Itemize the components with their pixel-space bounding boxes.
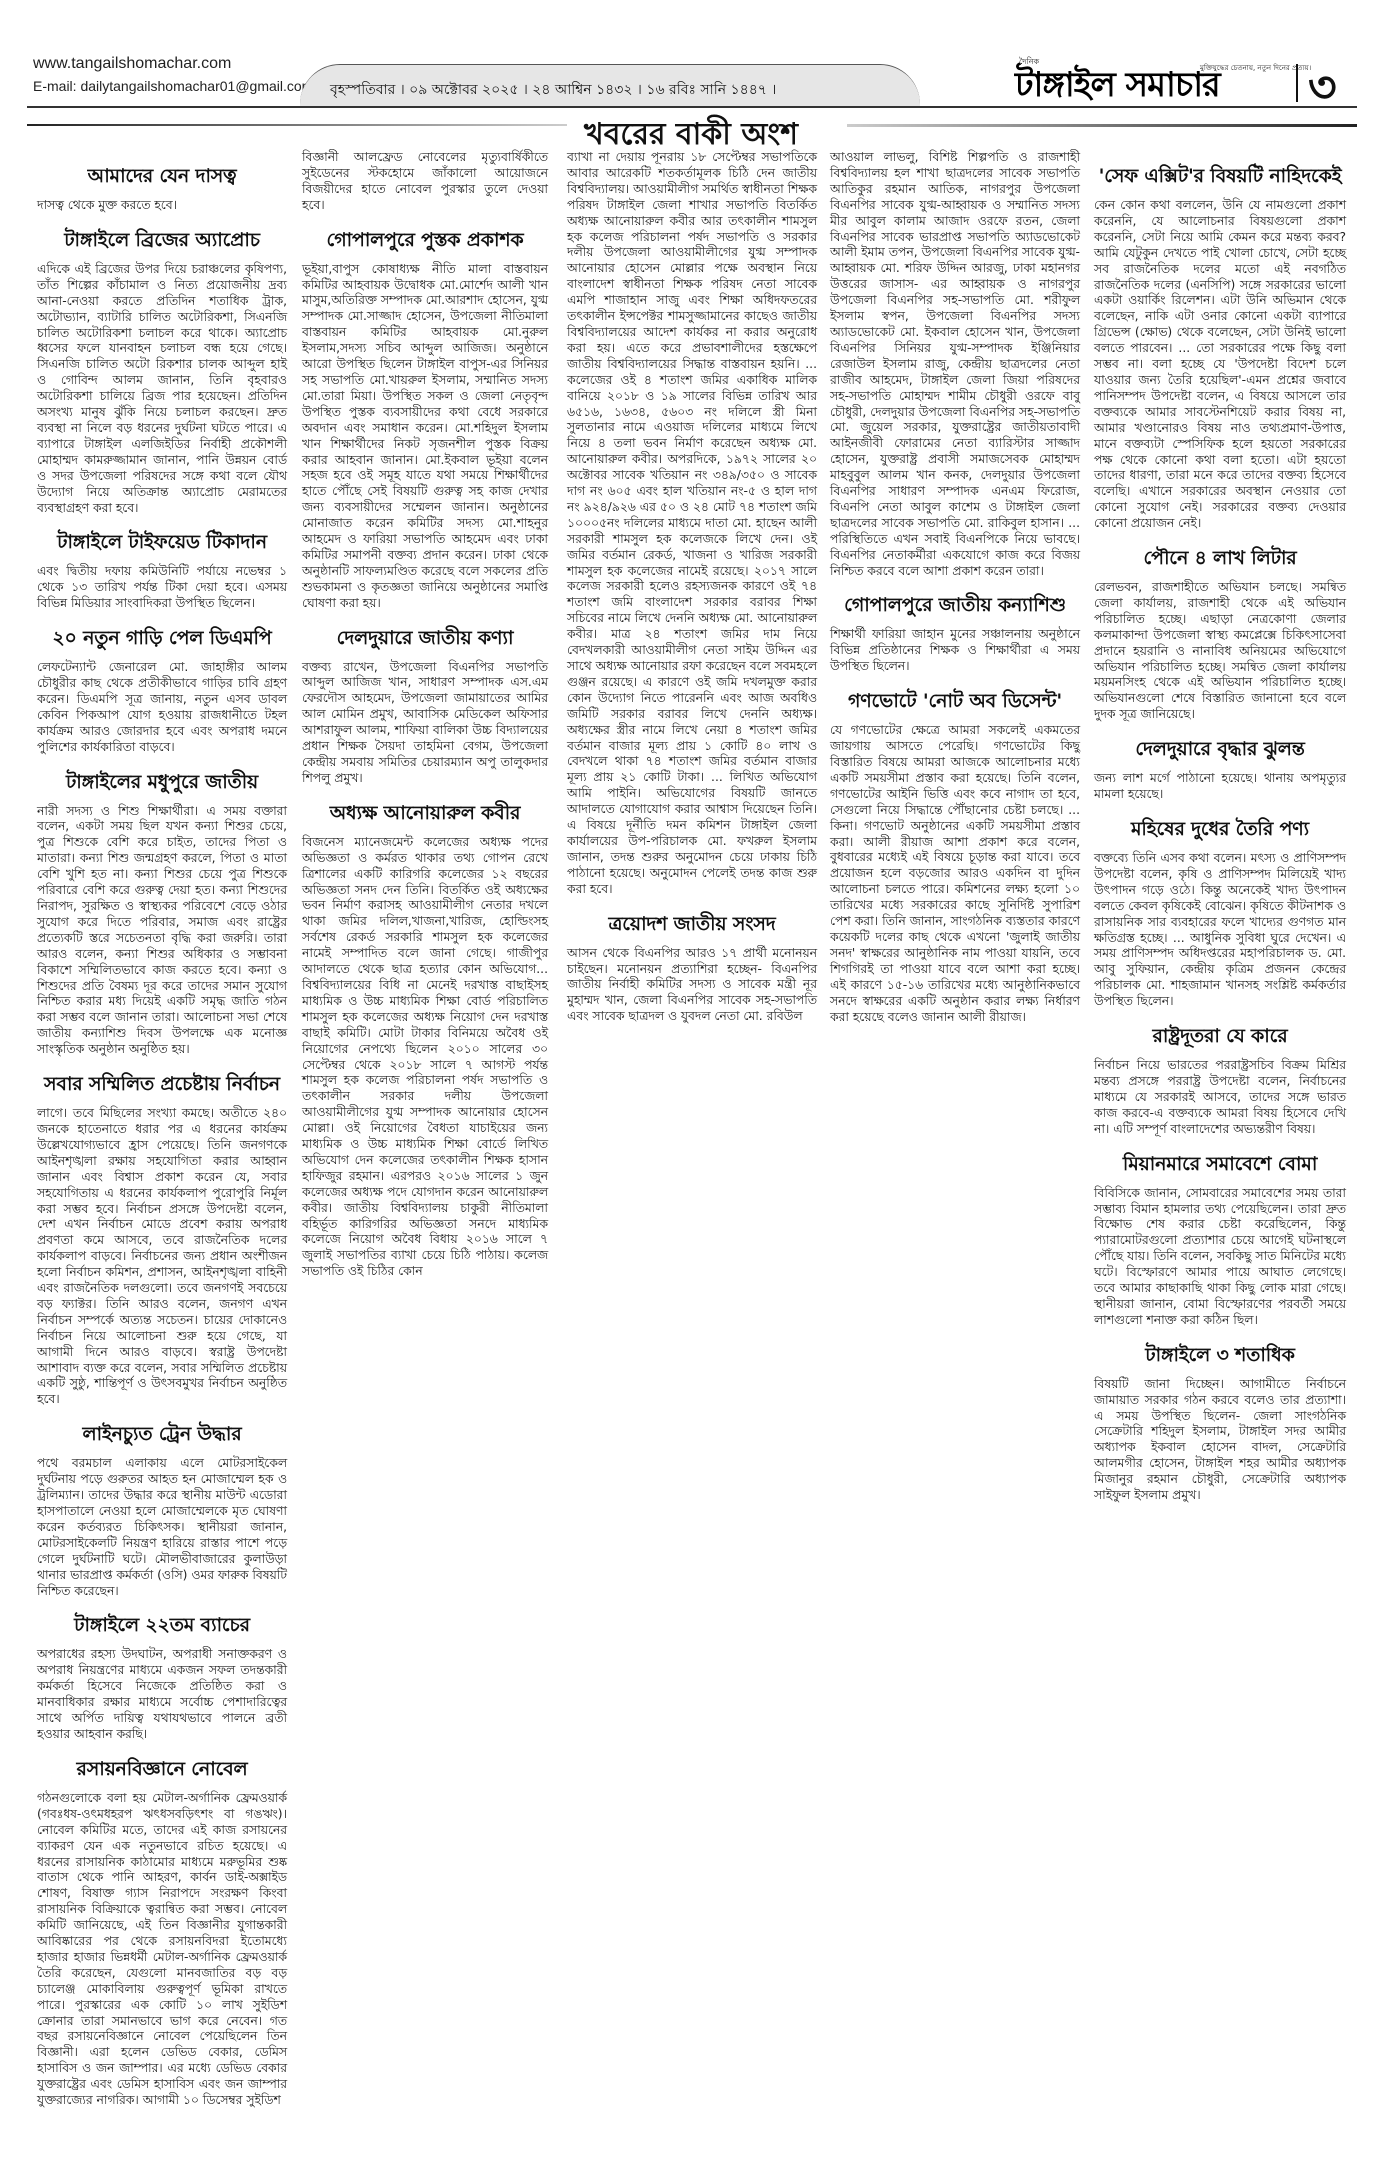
- article-body: এদিকে এই ব্রিজের উপর দিয়ে চরাঞ্চলের কৃষ…: [37, 262, 287, 517]
- article-headline[interactable]: গণভোটে 'নোট অব ডিসেন্ট': [830, 689, 1080, 713]
- news-article: 'সেফ এক্সিট'র বিষয়টি নাহিদকেইকেন কোন কথ…: [1094, 164, 1346, 532]
- news-article: গোপালপুরে পুস্তক প্রকাশকভূইয়া,বাপুস কোষ…: [302, 228, 548, 612]
- article-body: বিবিসিকে জানান, সোমবারের সমাবেশের সময় ত…: [1094, 1186, 1346, 1329]
- news-article: ২০ নতুন গাড়ি পেল ডিএমপিলেফটেন্যান্ট জেন…: [37, 626, 287, 755]
- article-body: বিজনেস ম্যানেজমেন্ট কলেজের অধ্যক্ষ পদের …: [302, 835, 548, 1280]
- page-number-divider: [1296, 64, 1298, 102]
- article-headline[interactable]: অধ্যক্ষ আনোয়ারুল কবীর: [302, 801, 548, 825]
- article-body: ব্যাখা না দেয়ায় পূনরায় ১৮ সেপ্টেম্বর …: [567, 150, 817, 898]
- news-article: রাষ্ট্রদূতরা যে কারেনির্বাচন নিয়ে ভারতে…: [1094, 1024, 1346, 1138]
- article-body: দাসত্ব থেকে মুক্ত করতে হবে।: [37, 198, 287, 214]
- news-article: টাঙ্গাইলে ৩ শতাধিকবিষয়টি জানা দিচ্ছেন। …: [1094, 1343, 1346, 1504]
- news-article: আওয়াল লাভলু, বিশিষ্ট শিল্পপতি ও রাজশাহী…: [830, 150, 1080, 579]
- column-5: 'সেফ এক্সিট'র বিষয়টি নাহিদকেইকেন কোন কথ…: [1094, 150, 1346, 1510]
- email-address[interactable]: E-mail: dailytangailshomachar01@gmail.co…: [33, 78, 313, 94]
- news-article: বিজ্ঞানী আলফ্রেড নোবেলের মৃত্যুবার্ষিকীত…: [302, 150, 548, 214]
- article-headline[interactable]: রসায়নবিজ্ঞানে নোবেল: [37, 1757, 287, 1781]
- news-article: লাইনচ্যুত ট্রেন উদ্ধারপথে বরমচাল এলাকায়…: [37, 1422, 287, 1599]
- article-body: লাগে। তবে মিছিলের সংখ্যা কমছে। অতীতে ২৪০…: [37, 1106, 287, 1408]
- news-article: অধ্যক্ষ আনোয়ারুল কবীরবিজনেস ম্যানেজমেন্…: [302, 801, 548, 1280]
- article-headline[interactable]: 'সেফ এক্সিট'র বিষয়টি নাহিদকেই: [1094, 164, 1346, 188]
- article-body: বক্তব্যে তিনি এসব কথা বলেন। মৎস্য ও প্রা…: [1094, 851, 1346, 1010]
- article-headline[interactable]: মহিষের দুধের তৈরি পণ্য: [1094, 817, 1346, 841]
- column-3: ব্যাখা না দেয়ায় পূনরায় ১৮ সেপ্টেম্বর …: [567, 150, 817, 1031]
- article-body: যে গণভোটের ক্ষেত্রে আমরা সকলেই একমতের জা…: [830, 723, 1080, 1025]
- article-headline[interactable]: রাষ্ট্রদূতরা যে কারে: [1094, 1024, 1346, 1048]
- logo-tagline: মুক্তিযুদ্ধের চেতনায়, নতুন দিনের প্রত্য…: [1200, 62, 1311, 74]
- article-body: বক্তব্য রাখেন, উপজেলা বিএনপির সভাপতি আব্…: [302, 660, 548, 787]
- article-body: রেলভবন, রাজশাহীতে অভিযান চলছে। সমন্বিত জ…: [1094, 580, 1346, 723]
- article-body: জন্য লাশ মর্গে পাঠানো হয়েছে। থানায় অপম…: [1094, 771, 1346, 803]
- article-headline[interactable]: ২০ নতুন গাড়ি পেল ডিএমপি: [37, 626, 287, 650]
- article-body: নির্বাচন নিয়ে ভারতের পররাষ্ট্রসচিব বিক্…: [1094, 1058, 1346, 1138]
- article-headline[interactable]: মিয়ানমারে সমাবেশে বোমা: [1094, 1152, 1346, 1176]
- newspaper-logo: টাঙ্গাইল সমাচার: [1015, 60, 1220, 102]
- news-article: পৌনে ৪ লাখ লিটাররেলভবন, রাজশাহীতে অভিযান…: [1094, 546, 1346, 723]
- news-article: দেলদুয়ারে বৃদ্ধার ঝুলন্তজন্য লাশ মর্গে …: [1094, 737, 1346, 803]
- masthead: www.tangailshomachar.com E-mail: dailyta…: [0, 0, 1384, 108]
- article-body: আওয়াল লাভলু, বিশিষ্ট শিল্পপতি ও রাজশাহী…: [830, 150, 1080, 579]
- article-headline[interactable]: ত্রয়োদশ জাতীয় সংসদ: [567, 912, 817, 936]
- section-header: খবরের বাকী অংশ: [27, 114, 1357, 148]
- article-body: শিক্ষার্থী ফারিয়া জাহান মুনের সঞ্চালনায…: [830, 627, 1080, 675]
- article-body: অপরাধের রহস্য উদঘাটন, অপরাধী সনাক্তকরণ ও…: [37, 1647, 287, 1742]
- article-headline[interactable]: পৌনে ৪ লাখ লিটার: [1094, 546, 1346, 570]
- article-headline[interactable]: টাঙ্গাইলের মধুপুরে জাতীয়: [37, 770, 287, 794]
- article-body: বিষয়টি জানা দিচ্ছেন। আগামীতে নির্বাচনে …: [1094, 1377, 1346, 1504]
- column-2: বিজ্ঞানী আলফ্রেড নোবেলের মৃত্যুবার্ষিকীত…: [302, 150, 548, 1286]
- news-article: সবার সম্মিলিত প্রচেষ্টায় নির্বাচনলাগে। …: [37, 1072, 287, 1408]
- logo-name: টাঙ্গাইল সমাচার: [1015, 68, 1220, 102]
- article-headline[interactable]: আমাদের যেন দাসত্ব: [37, 164, 287, 188]
- news-article: মিয়ানমারে সমাবেশে বোমাবিবিসিকে জানান, স…: [1094, 1152, 1346, 1329]
- news-article: আমাদের যেন দাসত্বদাসত্ব থেকে মুক্ত করতে …: [37, 164, 287, 214]
- news-article: দেলদুয়ারে জাতীয় কণ্যাবক্তব্য রাখেন, উপ…: [302, 626, 548, 787]
- article-body: নারী সদস্য ও শিশু শিক্ষার্থীরা। এ সময় ব…: [37, 804, 287, 1059]
- article-body: কেন কোন কথা বললেন, উনি যে নামগুলো প্রকাশ…: [1094, 198, 1346, 532]
- news-article: টাঙ্গাইলে ২২তম ব্যাচেরঅপরাধের রহস্য উদঘা…: [37, 1613, 287, 1742]
- column-1: আমাদের যেন দাসত্বদাসত্ব থেকে মুক্ত করতে …: [37, 150, 287, 2115]
- article-headline[interactable]: লাইনচ্যুত ট্রেন উদ্ধার: [37, 1422, 287, 1446]
- news-article: মহিষের দুধের তৈরি পণ্যবক্তব্যে তিনি এসব …: [1094, 817, 1346, 1010]
- news-article: টাঙ্গাইলের মধুপুরে জাতীয়নারী সদস্য ও শি…: [37, 770, 287, 1059]
- article-body: লেফটেন্যান্ট জেনারেল মো. জাহাঙ্গীর আলম চ…: [37, 660, 287, 755]
- website-link[interactable]: www.tangailshomachar.com: [33, 55, 231, 73]
- news-article: রসায়নবিজ্ঞানে নোবেলগঠনগুলোকে বলা হয় মে…: [37, 1757, 287, 2109]
- article-body: এবং দ্বিতীয় দফায় কমিউনিটি পর্যায়ে নভে…: [37, 564, 287, 612]
- section-rule-right: [847, 124, 1357, 127]
- news-article: ব্যাখা না দেয়ায় পূনরায় ১৮ সেপ্টেম্বর …: [567, 150, 817, 898]
- article-body: গঠনগুলোকে বলা হয় মেটাল-অর্গানিক ফ্রেমওয…: [37, 1791, 287, 2109]
- masthead-rule: [27, 106, 1357, 108]
- article-body: বিজ্ঞানী আলফ্রেড নোবেলের মৃত্যুবার্ষিকীত…: [302, 150, 548, 214]
- article-headline[interactable]: টাঙ্গাইলে ২২তম ব্যাচের: [37, 1613, 287, 1637]
- article-headline[interactable]: দেলদুয়ারে জাতীয় কণ্যা: [302, 626, 548, 650]
- section-rule-left: [27, 124, 567, 126]
- news-article: ত্রয়োদশ জাতীয় সংসদআসন থেকে বিএনপির আরও…: [567, 912, 817, 1026]
- article-body: পথে বরমচাল এলাকায় এলে মোটরসাইকেল দুর্ঘট…: [37, 1456, 287, 1599]
- article-body: আসন থেকে বিএনপির আরও ১৭ প্রার্থী মনোনয়ন…: [567, 946, 817, 1026]
- article-headline[interactable]: সবার সম্মিলিত প্রচেষ্টায় নির্বাচন: [37, 1072, 287, 1096]
- column-4: আওয়াল লাভলু, বিশিষ্ট শিল্পপতি ও রাজশাহী…: [830, 150, 1080, 1031]
- article-headline[interactable]: গোপালপুরে পুস্তক প্রকাশক: [302, 228, 548, 252]
- article-headline[interactable]: টাঙ্গাইলে ব্রিজের অ্যাপ্রোচ: [37, 228, 287, 252]
- news-article: গণভোটে 'নোট অব ডিসেন্ট'যে গণভোটের ক্ষেত্…: [830, 689, 1080, 1025]
- article-headline[interactable]: গোপালপুরে জাতীয় কন্যাশিশু: [830, 593, 1080, 617]
- news-article: গোপালপুরে জাতীয় কন্যাশিশুশিক্ষার্থী ফার…: [830, 593, 1080, 675]
- article-headline[interactable]: টাঙ্গাইলে ৩ শতাধিক: [1094, 1343, 1346, 1367]
- article-body: ভূইয়া,বাপুস কোষাধ্যক্ষ নীতি মালা বাস্তব…: [302, 262, 548, 612]
- article-headline[interactable]: দেলদুয়ারে বৃদ্ধার ঝুলন্ত: [1094, 737, 1346, 761]
- news-article: টাঙ্গাইলে টাইফয়েড টিকাদানএবং দ্বিতীয় দ…: [37, 530, 287, 612]
- news-article: টাঙ্গাইলে ব্রিজের অ্যাপ্রোচএদিকে এই ব্রি…: [37, 228, 287, 517]
- article-headline[interactable]: টাঙ্গাইলে টাইফয়েড টিকাদান: [37, 530, 287, 554]
- date-line: বৃহস্পতিবার । ০৯ অক্টোবর ২০২৫ । ২৪ আশ্বি…: [330, 78, 776, 102]
